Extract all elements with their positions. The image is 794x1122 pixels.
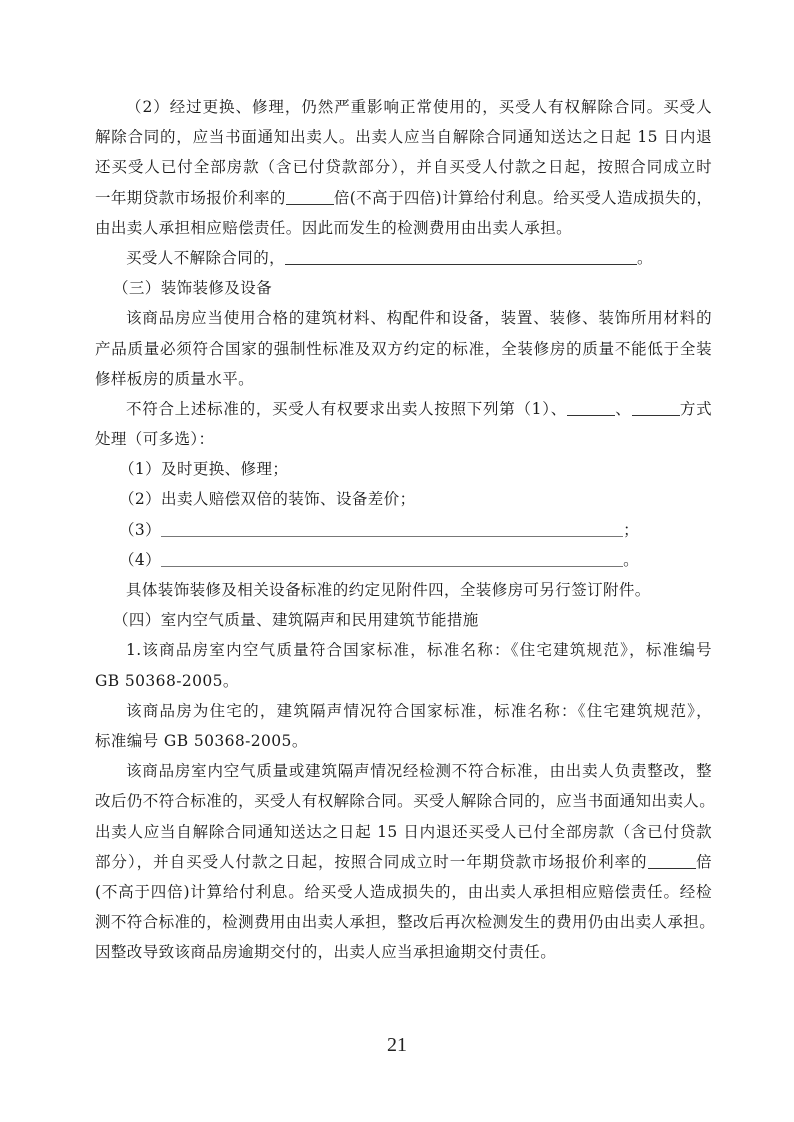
text: 方式 [680, 400, 712, 418]
paragraph-line: 出卖人应当自解除合同通知送达之日起 15 日内退还买受人已付全部房款（含已付贷款 [95, 817, 712, 847]
option-label: （3） [119, 521, 161, 539]
option-choice-blank-1[interactable] [567, 397, 615, 416]
interest-multiplier-blank[interactable] [286, 186, 334, 205]
option-item-2: （2）出卖人赔偿双倍的装饰、设备差价； [95, 484, 712, 514]
section-heading: （三）装饰装修及设备 [95, 273, 712, 303]
text: 买受人不解除合同的， [126, 249, 285, 267]
paragraph-line: 改后仍不符合标准的，买受人有权解除合同。买受人解除合同的，应当书面通知出卖人。 [95, 786, 712, 816]
paragraph-line: (不高于四倍)计算给付利息。给买受人造成损失的，由出卖人承担相应赔偿责任。经检 [95, 877, 712, 907]
text: ； [623, 521, 639, 539]
text: 。 [623, 551, 639, 569]
paragraph-line: 解除合同的，应当书面通知出卖人。出卖人应当自解除合同通知送达之日起 15 日内退 [95, 122, 712, 152]
paragraph-line: 修样板房的质量水平。 [95, 364, 712, 394]
text: 一年期贷款市场报价利率的 [95, 189, 286, 207]
option-label: （4） [119, 551, 161, 569]
paragraph-line: 产品质量必须符合国家的强制性标准及双方约定的标准，全装修房的质量不能低于全装 [95, 334, 712, 364]
text: 部分），并自买受人付款之日起，按照合同成立时一年期贷款市场报价利率的 [95, 853, 648, 871]
paragraph-line: 1.该商品房室内空气质量符合国家标准，标准名称：《住宅建筑规范》，标准编号 [95, 635, 712, 665]
option-item-4: （4）。 [95, 545, 712, 575]
paragraph-line: 该商品房室内空气质量或建筑隔声情况经检测不符合标准，由出卖人负责整改，整 [95, 756, 712, 786]
text: 不符合上述标准的，买受人有权要求出卖人按照下列第（1）、 [126, 400, 567, 418]
text: 倍(不高于四倍)计算给付利息。给买受人造成损失的， [334, 189, 713, 207]
paragraph-line: （2）经过更换、修理，仍然严重影响正常使用的，买受人有权解除合同。买受人 [95, 92, 712, 122]
paragraph-line: 由出卖人承担相应赔偿责任。因此而发生的检测费用由出卖人承担。 [95, 213, 712, 243]
option-item-1: （1）及时更换、修理； [95, 454, 712, 484]
paragraph-line-with-blank: 一年期贷款市场报价利率的倍(不高于四倍)计算给付利息。给买受人造成损失的， [95, 183, 712, 213]
text: 倍 [696, 853, 712, 871]
text: 。 [637, 249, 653, 267]
paragraph-line: 处理（可多选）： [95, 424, 712, 454]
option-choice-blank-2[interactable] [632, 397, 680, 416]
paragraph-line: 标准编号 GB 50368-2005。 [95, 726, 712, 756]
text: 、 [615, 400, 632, 418]
paragraph-line-with-blank: 买受人不解除合同的，。 [95, 243, 712, 273]
paragraph-line: 该商品房为住宅的，建筑隔声情况符合国家标准，标准名称：《住宅建筑规范》， [95, 696, 712, 726]
paragraph-line: 该商品房应当使用合格的建筑材料、构配件和设备，装置、装修、装饰所用材料的 [95, 303, 712, 333]
option-3-blank[interactable] [161, 518, 623, 537]
paragraph-line-with-blank: 不符合上述标准的，买受人有权要求出卖人按照下列第（1）、、方式 [95, 394, 712, 424]
option-4-blank[interactable] [161, 548, 623, 567]
paragraph-line: 因整改导致该商品房逾期交付的，出卖人应当承担逾期交付责任。 [95, 937, 712, 967]
interest-multiplier-blank-2[interactable] [648, 850, 696, 869]
section-heading: （四）室内空气质量、建筑隔声和民用建筑节能措施 [95, 605, 712, 635]
paragraph-line: 测不符合标准的，检测费用由出卖人承担，整改后再次检测发生的费用仍由出卖人承担。 [95, 907, 712, 937]
page-number: 21 [0, 1034, 794, 1057]
no-termination-terms-blank[interactable] [285, 246, 637, 265]
paragraph-line: 具体装饰装修及相关设备标准的约定见附件四，全装修房可另行签订附件。 [95, 575, 712, 605]
paragraph-line: 还买受人已付全部房款（含已付贷款部分），并自买受人付款之日起，按照合同成立时 [95, 152, 712, 182]
paragraph-line: GB 50368-2005。 [95, 666, 712, 696]
paragraph-line-with-blank: 部分），并自买受人付款之日起，按照合同成立时一年期贷款市场报价利率的倍 [95, 847, 712, 877]
option-item-3: （3）； [95, 515, 712, 545]
document-page: （2）经过更换、修理，仍然严重影响正常使用的，买受人有权解除合同。买受人 解除合… [95, 92, 712, 967]
